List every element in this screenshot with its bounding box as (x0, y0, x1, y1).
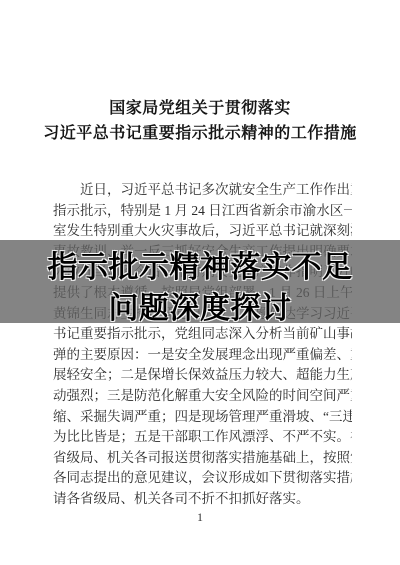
body-line: 各同志提出的意见建议，会议形成如下贯彻落实措施， (53, 468, 352, 489)
caption-line1: 指示批示精神落实不足 (48, 247, 353, 288)
body-line: 为比比皆是；五是干部职工作风漂浮、不严不实。在各 (53, 427, 352, 448)
body-line: 缩、采掘失调严重；四是现场管理严重滑坡、“三违”行 (53, 407, 352, 428)
body-line: 请各省级局、机关各司不折不扣抓好落实。 (53, 489, 352, 510)
document-title-line1: 国家局党组关于贯彻落实 (0, 96, 400, 121)
body-line: 近日，习近平总书记多次就安全生产工作作出重要 (53, 180, 352, 201)
caption-overlay-banner: 指示批示精神落实不足 问题深度探讨 (0, 240, 400, 323)
body-line: 省级局、机关各司报送贯彻落实措施基础上，按照党组 (53, 448, 352, 469)
document-body: 近日，习近平总书记多次就安全生产工作作出重要 指示批示，特别是 1 月 24 日… (53, 180, 352, 510)
body-line: 室发生特别重大火灾事故后，习近平总书记就深刻汲取 (53, 221, 352, 242)
body-line: 动强烈；三是防范化解重大安全风险的时间空间严重压 (53, 386, 352, 407)
caption-line2: 问题深度探讨 (109, 288, 292, 329)
document-title: 国家局党组关于贯彻落实 习近平总书记重要指示批示精神的工作措施 (0, 96, 400, 146)
body-line: 展轻安全；二是保增长保效益压力较大、超能力生产冲 (53, 365, 352, 386)
body-line: 指示批示，特别是 1 月 24 日江西省新余市渝水区一地下 (53, 201, 352, 222)
document-title-line2: 习近平总书记重要指示批示精神的工作措施 (0, 121, 400, 146)
page-number: 1 (0, 510, 400, 525)
body-line: 弹的主要原因：一是安全发展理念出现严重偏差、重发 (53, 345, 352, 366)
document-photo: 国家局党组关于贯彻落实 习近平总书记重要指示批示精神的工作措施 近日，习近平总书… (0, 0, 400, 565)
